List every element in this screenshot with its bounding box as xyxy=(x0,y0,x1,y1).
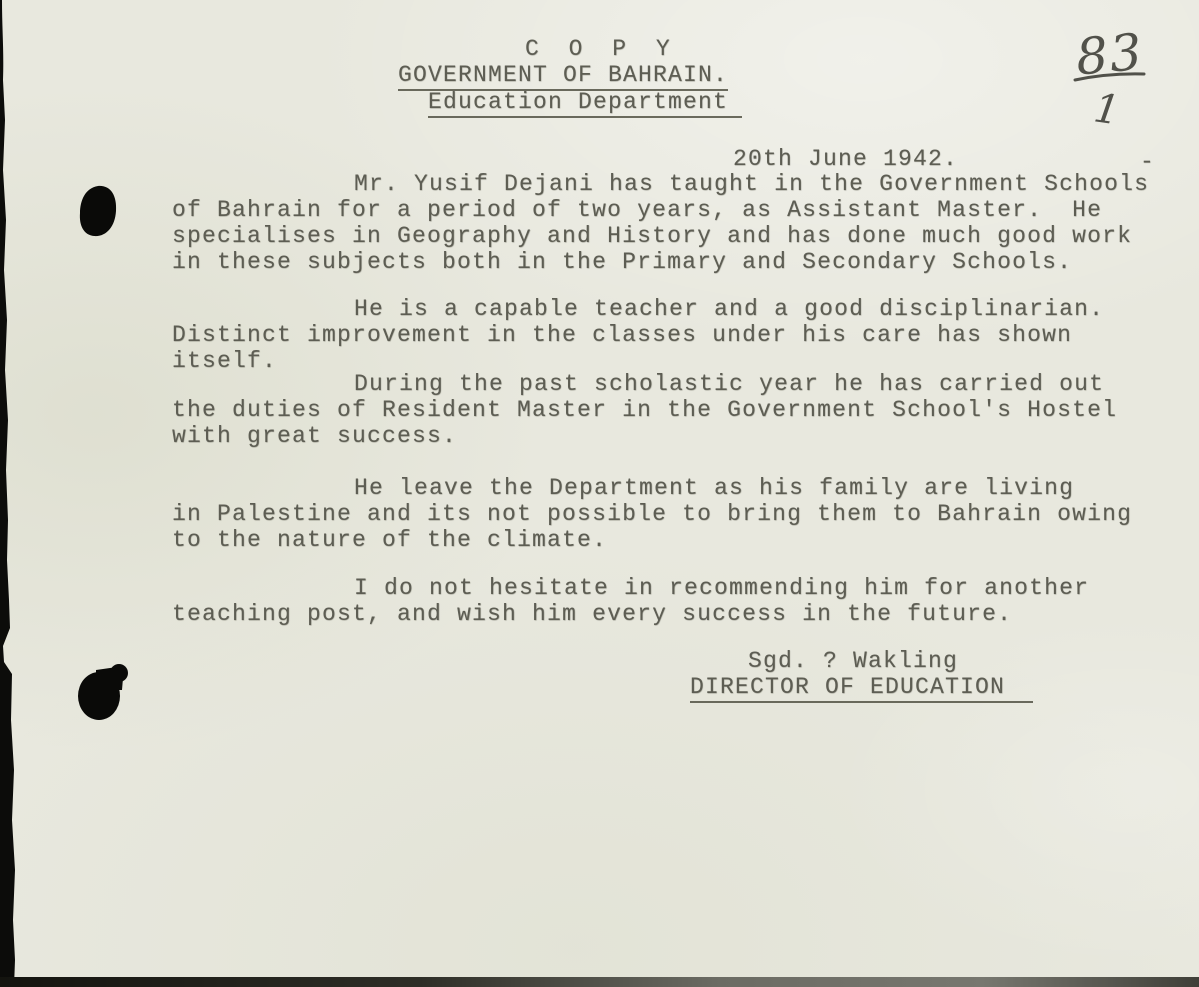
folio-underline xyxy=(1075,74,1144,80)
hole-punch-mark xyxy=(78,664,128,720)
signature-title: DIRECTOR OF EDUCATION xyxy=(690,674,1033,703)
letter-line: Distinct improvement in the classes unde… xyxy=(172,322,1172,348)
letter-line: teaching post, and wish him every succes… xyxy=(172,601,1172,627)
letter-line: in these subjects both in the Primary an… xyxy=(172,249,1172,275)
letter-line: I do not hesitate in recommending him fo… xyxy=(172,575,1172,601)
paragraph: I do not hesitate in recommending him fo… xyxy=(172,575,1172,627)
hole-punch-mark xyxy=(80,186,116,236)
copy-label: C O P Y xyxy=(525,36,678,62)
letter-line: He leave the Department as his family ar… xyxy=(172,475,1172,501)
letter-line: with great success. xyxy=(172,423,1172,449)
torn-left-edge xyxy=(0,0,15,987)
letter-line: During the past scholastic year he has c… xyxy=(172,371,1172,397)
paragraph: Mr. Yusif Dejani has taught in the Gover… xyxy=(172,171,1172,275)
paragraph: During the past scholastic year he has c… xyxy=(172,371,1172,449)
scanned-letter-page: C O P Y GOVERNMENT OF BAHRAIN. Education… xyxy=(0,0,1199,987)
letter-line: the duties of Resident Master in the Gov… xyxy=(172,397,1172,423)
paragraph: He is a capable teacher and a good disci… xyxy=(172,296,1172,374)
department-heading: Education Department xyxy=(428,89,742,118)
signature-line: Sgd. ? Wakling xyxy=(748,648,958,674)
letter-line: specialises in Geography and History and… xyxy=(172,223,1172,249)
handwritten-folio-annotation: 83 1 xyxy=(1074,23,1146,135)
organization-heading: GOVERNMENT OF BAHRAIN. xyxy=(398,62,728,91)
letter-date: 20th June 1942. xyxy=(733,146,958,172)
paragraph: He leave the Department as his family ar… xyxy=(172,475,1172,553)
folio-number: 83 xyxy=(1074,23,1146,87)
folio-sub-number: 1 xyxy=(1091,85,1123,134)
bottom-scan-band xyxy=(0,977,1199,987)
letter-line: in Palestine and its not possible to bri… xyxy=(172,501,1172,527)
letter-line: to the nature of the climate. xyxy=(172,527,1172,553)
letter-line: of Bahrain for a period of two years, as… xyxy=(172,197,1172,223)
letter-line: Mr. Yusif Dejani has taught in the Gover… xyxy=(172,171,1172,197)
letter-line: He is a capable teacher and a good disci… xyxy=(172,296,1172,322)
